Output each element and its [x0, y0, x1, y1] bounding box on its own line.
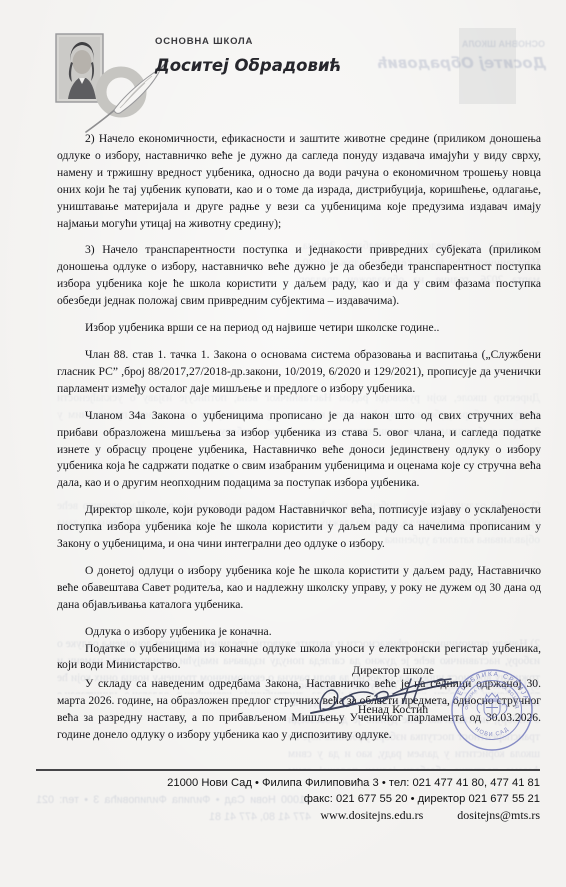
school-type-label: ОСНОВНА ШКОЛА — [155, 36, 415, 47]
paragraph: 2) Начело економичности, ефикасности и з… — [57, 131, 541, 232]
paragraph: О донетој одлуци о избору уџбеника које … — [57, 563, 541, 614]
document-body: 2) Начело економичности, ефикасности и з… — [57, 131, 541, 754]
bleedthrough-portrait — [459, 28, 516, 104]
director-signature — [305, 669, 465, 721]
scanned-document-page: ОСНОВНА ШКОЛА Доситеј Обрадовић У складу… — [0, 0, 566, 887]
paragraph: 3) Начело транспарентности поступка и је… — [57, 242, 541, 310]
footer-phone-line: факс: 021 677 55 20 • директор 021 677 5… — [36, 792, 540, 808]
school-name: Доситеј Обрадовић — [155, 56, 415, 75]
paragraph: Избор уџбеника врши се на период од најв… — [57, 320, 541, 337]
signature-block: Директор школе Ненад Костић — [303, 663, 483, 717]
footer-address-line: 21000 Нови Сад • Филипа Филиповића 3 • т… — [36, 776, 540, 792]
email-address: dositejns@mts.rs — [457, 808, 540, 824]
footer: 21000 Нови Сад • Филипа Филиповића 3 • т… — [36, 769, 540, 824]
website-url: www.dositejns.edu.rs — [320, 808, 423, 824]
paragraph: Члан 88. став 1. тачка 1. Закона о основ… — [57, 347, 541, 398]
paragraph: Одлука о избору уџбеника је коначна. — [57, 624, 541, 641]
paragraph: Чланом 34а Закона о уџбеницима прописано… — [57, 408, 541, 493]
paragraph: Директор школе, који руководи радом Наст… — [57, 502, 541, 553]
